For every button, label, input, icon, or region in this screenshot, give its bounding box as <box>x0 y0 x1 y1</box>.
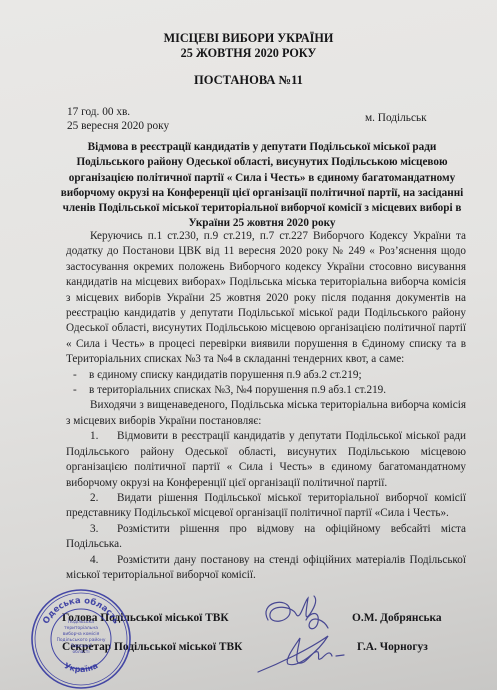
chair-name: О.М. Добрянська <box>352 611 442 625</box>
svg-text:територіальна: територіальна <box>64 625 98 631</box>
handwritten-signatures-icon <box>248 592 358 680</box>
resolution-item-2: 2.Видати рішення Подільської міської тер… <box>66 491 466 522</box>
violation-item: в єдиному списку кандидатів порушення п.… <box>66 368 466 383</box>
secretary-name: Г.А. Чорногуз <box>357 640 428 654</box>
violations-list: в єдиному списку кандидатів порушення п.… <box>66 368 466 399</box>
resolution-item-1: 1.Відмовити в реєстрації кандидатів у де… <box>66 429 466 491</box>
ruling-body: Керуючись п.1 ст.230, п.9 ст.219, п.7 ст… <box>66 229 466 583</box>
document-page: МІСЦЕВІ ВИБОРИ УКРАЇНИ 25 ЖОВТНЯ 2020 РО… <box>0 0 497 690</box>
document-place: м. Подільськ <box>365 111 427 125</box>
official-stamp-icon: Одеська область Україна Подільська терит… <box>28 586 134 690</box>
document-time: 17 год. 00 хв. <box>67 105 169 119</box>
svg-text:Подільська: Подільська <box>68 619 94 625</box>
ruling-title: ПОСТАНОВА №11 <box>0 73 497 88</box>
svg-text:області: області <box>72 648 89 655</box>
resolution-intro: Виходячи з вищенаведеного, Подільська мі… <box>66 398 466 429</box>
document-datetime: 17 год. 00 хв. 25 вересня 2020 року <box>67 105 169 133</box>
document-date: 25 вересня 2020 року <box>67 119 169 133</box>
svg-text:Україна: Україна <box>63 661 100 674</box>
header-elections: МІСЦЕВІ ВИБОРИ УКРАЇНИ <box>0 31 497 46</box>
resolution-item-4: 4.Розмістити дану постанову на стенді оф… <box>66 553 466 584</box>
violation-item: в територіальних списках №3, №4 порушенн… <box>66 383 466 398</box>
svg-text:виборча комісія: виборча комісія <box>63 630 100 637</box>
svg-text:Одеської: Одеської <box>71 643 93 649</box>
header-election-date: 25 ЖОВТНЯ 2020 РОКУ <box>0 46 497 61</box>
ruling-subject: Відмова в реєстрації кандидатів у депута… <box>55 140 469 232</box>
preamble-paragraph: Керуючись п.1 ст.230, п.9 ст.219, п.7 ст… <box>66 229 466 368</box>
resolution-item-3: 3.Розмістити рішення про відмову на офіц… <box>66 522 466 553</box>
svg-text:Подільського району: Подільського району <box>57 636 106 643</box>
